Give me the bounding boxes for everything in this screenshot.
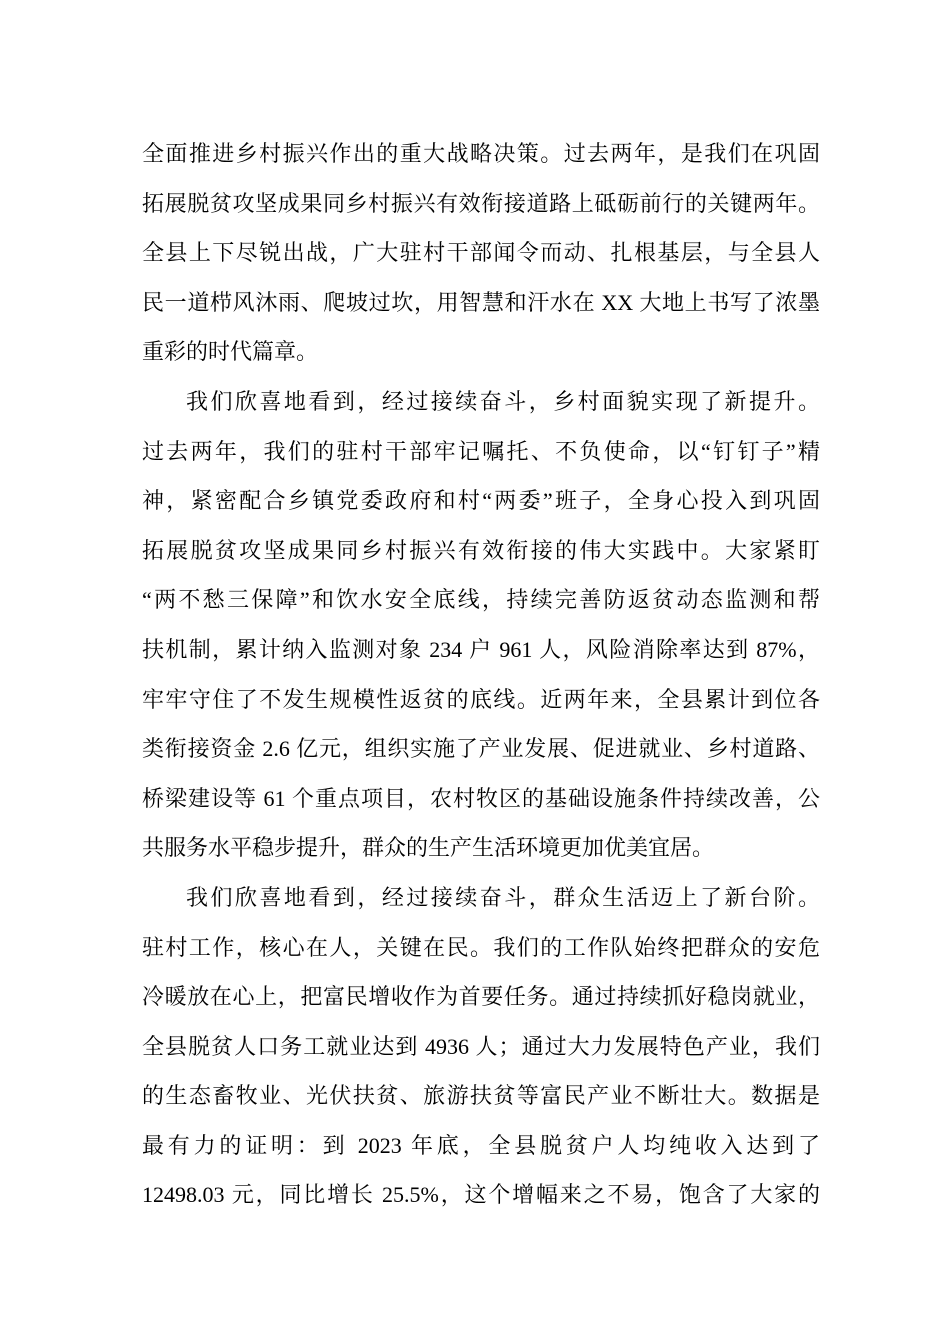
- text-line: 重彩的时代篇章。: [142, 327, 820, 377]
- text-line: 驻村工作，核心在人，关键在民。我们的工作队始终把群众的安危: [142, 923, 820, 973]
- text-line: 全面推进乡村振兴作出的重大战略决策。过去两年，是我们在巩固: [142, 129, 820, 179]
- text-line: 拓展脱贫攻坚成果同乡村振兴有效衔接的伟大实践中。大家紧盯: [142, 526, 820, 576]
- text-line: 我们欣喜地看到，经过接续奋斗，乡村面貌实现了新提升。: [142, 377, 820, 427]
- text-line: 牢牢守住了不发生规模性返贫的底线。近两年来，全县累计到位各: [142, 675, 820, 725]
- text-line: 过去两年，我们的驻村干部牢记嘱托、不负使命，以“钉钉子”精: [142, 427, 820, 477]
- text-line: “两不愁三保障”和饮水安全底线，持续完善防返贫动态监测和帮: [142, 575, 820, 625]
- text-line: 拓展脱贫攻坚成果同乡村振兴有效衔接道路上砥砺前行的关键两年。: [142, 179, 820, 229]
- text-line: 我们欣喜地看到，经过接续奋斗，群众生活迈上了新台阶。: [142, 873, 820, 923]
- text-line: 最有力的证明：到 2023 年底，全县脱贫户人均纯收入达到了: [142, 1121, 820, 1171]
- text-line: 桥梁建设等 61 个重点项目，农村牧区的基础设施条件持续改善，公: [142, 774, 820, 824]
- text-line: 扶机制，累计纳入监测对象 234 户 961 人，风险消除率达到 87%，: [142, 625, 820, 675]
- text-line: 的生态畜牧业、光伏扶贫、旅游扶贫等富民产业不断壮大。数据是: [142, 1071, 820, 1121]
- document-content: 全面推进乡村振兴作出的重大战略决策。过去两年，是我们在巩固拓展脱贫攻坚成果同乡村…: [142, 129, 820, 1220]
- paragraph-2: 我们欣喜地看到，经过接续奋斗，乡村面貌实现了新提升。过去两年，我们的驻村干部牢记…: [142, 377, 820, 873]
- text-line: 冷暖放在心上，把富民增收作为首要任务。通过持续抓好稳岗就业，: [142, 972, 820, 1022]
- paragraph-1: 全面推进乡村振兴作出的重大战略决策。过去两年，是我们在巩固拓展脱贫攻坚成果同乡村…: [142, 129, 820, 377]
- text-line: 民一道栉风沐雨、爬坡过坎，用智慧和汗水在 XX 大地上书写了浓墨: [142, 278, 820, 328]
- text-line: 全县脱贫人口务工就业达到 4936 人；通过大力发展特色产业，我们: [142, 1022, 820, 1072]
- text-line: 全县上下尽锐出战，广大驻村干部闻令而动、扎根基层，与全县人: [142, 228, 820, 278]
- document-page: 全面推进乡村振兴作出的重大战略决策。过去两年，是我们在巩固拓展脱贫攻坚成果同乡村…: [0, 0, 950, 1344]
- text-line: 类衔接资金 2.6 亿元，组织实施了产业发展、促进就业、乡村道路、: [142, 724, 820, 774]
- text-line: 神，紧密配合乡镇党委政府和村“两委”班子，全身心投入到巩固: [142, 476, 820, 526]
- paragraph-3: 我们欣喜地看到，经过接续奋斗，群众生活迈上了新台阶。驻村工作，核心在人，关键在民…: [142, 873, 820, 1220]
- text-line: 12498.03 元，同比增长 25.5%，这个增幅来之不易，饱含了大家的: [142, 1170, 820, 1220]
- text-line: 共服务水平稳步提升，群众的生产生活环境更加优美宜居。: [142, 823, 820, 873]
